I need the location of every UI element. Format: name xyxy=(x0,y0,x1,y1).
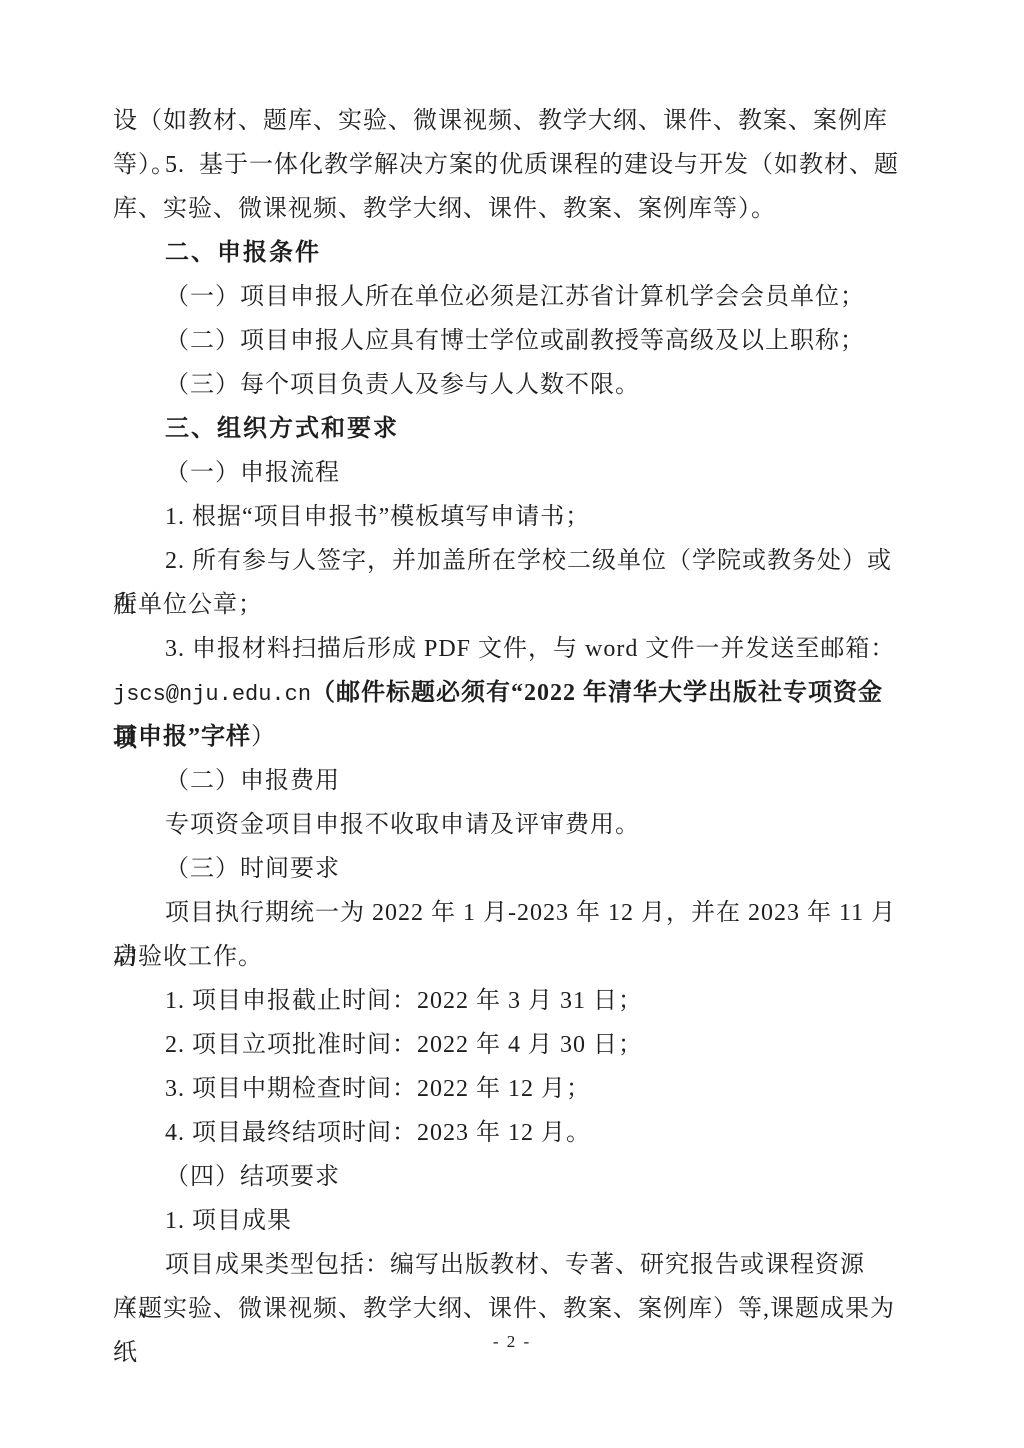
text-line-content: 1. 项目成果 xyxy=(165,1208,292,1234)
section-heading: 二、申报条件 xyxy=(113,231,908,275)
text-line: 目申报”字样） xyxy=(113,715,908,759)
text-line: 3. 申报材料扫描后形成 PDF 文件，与 word 文件一并发送至邮箱： xyxy=(113,627,908,671)
text-line: 动验收工作。 xyxy=(113,935,908,979)
text-line: 1. 根据“项目申报书”模板填写申请书； xyxy=(113,495,908,539)
subsection-heading-text: （二）申报费用 xyxy=(165,768,340,794)
section-heading-text: 三、组织方式和要求 xyxy=(165,415,399,442)
text-line-content: 3. 申报材料扫描后形成 PDF 文件，与 word 文件一并发送至邮箱： xyxy=(165,636,895,662)
text-line: 3. 项目中期检查时间：2022 年 12 月； xyxy=(113,1067,908,1111)
text-line: 在单位公章； xyxy=(113,583,908,627)
text-line-content: 4. 项目最终结项时间：2023 年 12 月。 xyxy=(165,1120,591,1146)
text-line-content: 1. 根据“项目申报书”模板填写申请书； xyxy=(165,504,590,530)
text-line-content: 2. 项目立项批准时间：2022 年 4 月 30 日； xyxy=(165,1032,643,1058)
text-line: 1. 项目成果 xyxy=(113,1199,908,1243)
text-line-content: 库、实验、微课视频、教学大纲、课件、教案、案例库等）。 xyxy=(113,196,776,222)
text-line-content: 目申报”字样 xyxy=(113,724,251,750)
text-line-content: 动验收工作。 xyxy=(113,944,263,970)
text-line: 项目执行期统一为 2022 年 1 月-2023 年 12 月，并在 2023 … xyxy=(113,891,908,935)
text-line-content: （三）每个项目负责人及参与人人数不限。 xyxy=(165,372,640,398)
page-number: - 2 - xyxy=(0,1332,1024,1352)
document-body: 设（如教材、题库、实验、微课视频、教学大纲、课件、教案、案例库等）。 5. 基于… xyxy=(113,99,908,1331)
text-line: jscs@nju.edu.cn（邮件标题必须有“2022 年清华大学出版社专项资… xyxy=(113,671,908,715)
text-line: 项目成果类型包括：编写出版教材、专著、研究报告或课程资源（题 xyxy=(113,1243,908,1287)
text-line: 专项资金项目申报不收取申请及评审费用。 xyxy=(113,803,908,847)
subsection-heading: （一）申报流程 xyxy=(113,451,908,495)
subsection-heading-text: （一）申报流程 xyxy=(165,460,340,486)
text-line-content: 专项资金项目申报不收取申请及评审费用。 xyxy=(165,812,640,838)
text-line-content: （二）项目申报人应具有博士学位或副教授等高级及以上职称； xyxy=(165,328,865,354)
subsection-heading-text: （三）时间要求 xyxy=(165,856,340,882)
text-line: 库、实验、微课视频、教学大纲、课件、教案、案例库）等,课题成果为纸 xyxy=(113,1287,908,1331)
text-line-content: （一）项目申报人所在单位必须是江苏省计算机学会会员单位； xyxy=(165,284,865,310)
text-line-content: ） xyxy=(251,724,276,750)
text-line: （一）项目申报人所在单位必须是江苏省计算机学会会员单位； xyxy=(113,275,908,319)
text-line: 1. 项目申报截止时间：2022 年 3 月 31 日； xyxy=(113,979,908,1023)
text-line: 4. 项目最终结项时间：2023 年 12 月。 xyxy=(113,1111,908,1155)
text-line-content: 5. 基于一体化教学解决方案的优质课程的建设与开发（如教材、题 xyxy=(165,152,899,178)
subsection-heading: （四）结项要求 xyxy=(113,1155,908,1199)
text-line: （三）每个项目负责人及参与人人数不限。 xyxy=(113,363,908,407)
text-line: 5. 基于一体化教学解决方案的优质课程的建设与开发（如教材、题 xyxy=(113,143,908,187)
text-line-content: 库、实验、微课视频、教学大纲、课件、教案、案例库）等,课题成果为纸 xyxy=(113,1296,895,1366)
text-line-content: 在单位公章； xyxy=(113,592,263,618)
text-line-content: 3. 项目中期检查时间：2022 年 12 月； xyxy=(165,1076,591,1102)
subsection-heading: （二）申报费用 xyxy=(113,759,908,803)
subsection-heading: （三）时间要求 xyxy=(113,847,908,891)
text-line: 设（如教材、题库、实验、微课视频、教学大纲、课件、教案、案例库等）。 xyxy=(113,99,908,143)
text-line: 库、实验、微课视频、教学大纲、课件、教案、案例库等）。 xyxy=(113,187,908,231)
text-line: 2. 所有参与人签字，并加盖所在学校二级单位（学院或教务处）或所 xyxy=(113,539,908,583)
text-line: （二）项目申报人应具有博士学位或副教授等高级及以上职称； xyxy=(113,319,908,363)
document-page: 设（如教材、题库、实验、微课视频、教学大纲、课件、教案、案例库等）。 5. 基于… xyxy=(0,0,1024,1448)
email-address: jscs@nju.edu.cn xyxy=(113,682,311,707)
section-heading-text: 二、申报条件 xyxy=(165,239,321,266)
subsection-heading-text: （四）结项要求 xyxy=(165,1164,340,1190)
section-heading: 三、组织方式和要求 xyxy=(113,407,908,451)
text-line: 2. 项目立项批准时间：2022 年 4 月 30 日； xyxy=(113,1023,908,1067)
text-line-content: 1. 项目申报截止时间：2022 年 3 月 31 日； xyxy=(165,988,643,1014)
